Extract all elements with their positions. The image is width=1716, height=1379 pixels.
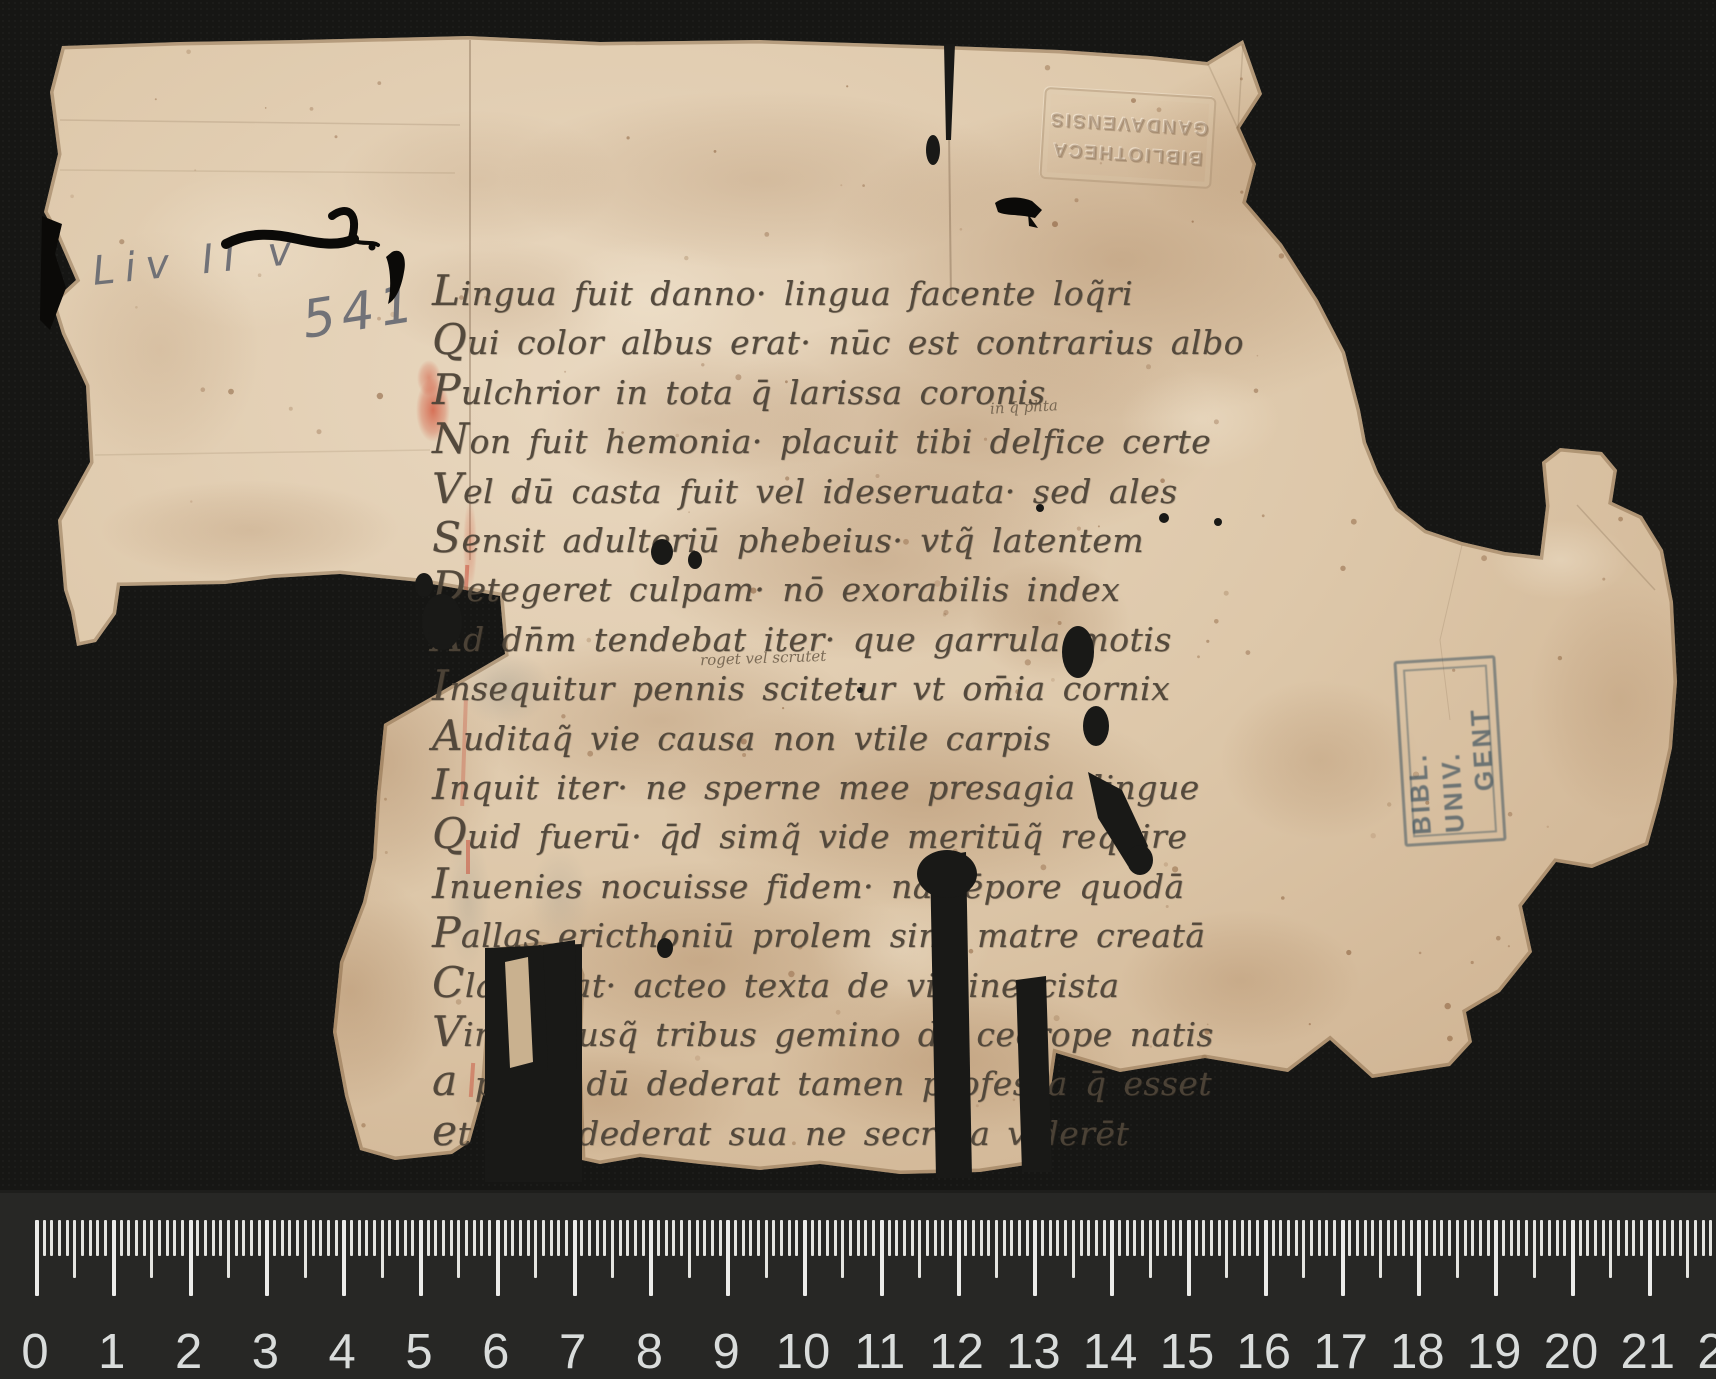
manuscript-line: Pallas ericthoniū prolem sine matre crea… [432,908,1205,957]
ruler-tick [388,1220,391,1256]
manuscript-line: et legē dederat sua ne secreta viderēt [432,1106,1129,1155]
ruler-tick [1679,1220,1682,1256]
ruler-tick [1594,1220,1597,1256]
ruler-tick [166,1220,169,1256]
ruler-tick [50,1220,53,1256]
ruler-tick [588,1220,591,1256]
ruler-tick [143,1220,146,1256]
manuscript-line: Non fuit hemonia· placuit tibi delfice c… [432,414,1211,463]
ruler-tick [304,1220,307,1278]
ruler-tick [281,1220,284,1256]
ruler-tick [1087,1220,1090,1256]
ruler-tick [1264,1220,1268,1296]
ruler-tick [419,1220,423,1296]
ruler-tick [1095,1220,1098,1256]
embossed-stamp: BIBLIOTHECA GANDAVENSIS [1039,87,1216,189]
ruler-tick [811,1220,814,1256]
ruler-tick [381,1220,384,1278]
ruler-tick [196,1220,199,1256]
manuscript-line: Clauserat· acteo texta de vimine cista [432,958,1119,1007]
ruler-tick [1241,1220,1244,1256]
ruler-tick [719,1220,722,1256]
ruler-tick [1110,1220,1114,1296]
ruler-tick [680,1220,683,1256]
ruler-tick [1172,1220,1175,1256]
ruler-tick [1394,1220,1397,1256]
ruler-tick [742,1220,745,1256]
ruler-tick [1210,1220,1213,1256]
ruler-tick [634,1220,637,1256]
ruler-tick [911,1220,914,1256]
ruler-tick [89,1220,92,1256]
ruler-tick [1187,1220,1191,1296]
ruler-tick [550,1220,553,1256]
ruler-tick [1479,1220,1482,1256]
manuscript-line: Qui color albus erat· nūc est contrarius… [432,315,1244,364]
ruler-tick [1126,1220,1129,1256]
ruler-tick [1602,1220,1605,1256]
ruler-tick [158,1220,161,1256]
interlinear-gloss: in q̄ phta [990,396,1059,418]
ruler-tick [43,1220,46,1256]
ruler-tick [1149,1220,1152,1278]
ruler-tick [1156,1220,1159,1256]
ruler-tick [1510,1220,1513,1256]
ruler-tick [212,1220,215,1256]
ruler-tick [596,1220,599,1256]
ruler-tick [1548,1220,1551,1256]
manuscript-line: Lingua fuit danno· lingua facente loq̃ri [432,266,1133,315]
manuscript-line: a pādia dū dederat tamen professa q̄ ess… [432,1056,1212,1105]
ruler-tick [941,1220,944,1256]
ruler-tick [1471,1220,1474,1256]
ruler-tick [1248,1220,1251,1256]
ruler-tick [457,1220,460,1278]
ruler-tick [1586,1220,1589,1256]
ruler-tick [672,1220,675,1256]
ruler-tick [35,1220,39,1296]
ruler-tick [1640,1220,1643,1256]
ruler-tick [534,1220,537,1278]
ruler-tick [1464,1220,1467,1256]
library-stamp-line1: BIBL. UNIV. [1396,668,1471,836]
ruler-tick [1702,1220,1705,1256]
ruler-tick [365,1220,368,1256]
ruler-tick [734,1220,737,1256]
ruler-tick [480,1220,483,1256]
ruler-tick [450,1220,453,1256]
ruler-tick [1556,1220,1559,1256]
ruler-tick [342,1220,346,1296]
ruler-tick [411,1220,414,1256]
ruler-tick [711,1220,714,1256]
ruler-tick [765,1220,768,1278]
ruler-tick [1333,1220,1336,1256]
ruler-tick [1625,1220,1628,1256]
ruler-tick [1026,1220,1029,1256]
ruler-tick [319,1220,322,1256]
ruler-tick [703,1220,706,1256]
ruler-tick [1410,1220,1413,1256]
ruler-tick [189,1220,193,1296]
ruler-tick [1287,1220,1290,1256]
ruler-tick [895,1220,898,1256]
ruler-tick [1064,1220,1067,1256]
ruler-tick [619,1220,622,1256]
ruler-tick [649,1220,653,1296]
ruler-tick [972,1220,975,1256]
ruler-tick [1433,1220,1436,1256]
ruler-tick [826,1220,829,1256]
ruler-tick [219,1220,222,1256]
ruler-tick [611,1220,614,1278]
library-stamp-border: BIBL. UNIV. GENT [1403,665,1497,838]
ruler-tick [527,1220,530,1256]
ruler-tick [1348,1220,1351,1256]
ruler-tick [957,1220,961,1296]
ruler-tick [780,1220,783,1256]
manuscript-line: Detegeret culpam· nō exorabilis index [432,562,1120,611]
ruler-tick [1318,1220,1321,1256]
ruler-tick [327,1220,330,1256]
ruler-tick [473,1220,476,1256]
ruler-tick [112,1220,116,1296]
ruler-tick [580,1220,583,1256]
manuscript-line: Insequitur pennis scitetur vt om̄ia corn… [432,661,1170,710]
ruler-tick [696,1220,699,1256]
ruler-label: 22 [1655,1324,1716,1379]
ruler-tick [1533,1220,1536,1278]
ruler-tick [373,1220,376,1256]
ruler-tick [358,1220,361,1256]
ruler-tick [795,1220,798,1256]
ruler-tick [964,1220,967,1256]
ruler-tick [1379,1220,1382,1278]
manuscript-line: Vel dū casta fuit vel ideseruata· sed al… [432,464,1178,513]
ruler-tick [1609,1220,1612,1278]
ruler-tick [1072,1220,1075,1278]
ruler-tick [1233,1220,1236,1256]
ruler-tick [542,1220,545,1256]
ruler-tick [626,1220,629,1256]
ruler-tick [1033,1220,1037,1296]
ruler-tick [1018,1220,1021,1256]
ruler-tick [573,1220,577,1296]
ruler-tick [934,1220,937,1256]
ruler-tick [1709,1220,1712,1256]
ruler-tick [1049,1220,1052,1256]
photo-stage: Lingua fuit danno· lingua facente loq̃ri… [0,0,1716,1379]
ruler-tick [1494,1220,1498,1296]
ruler-tick [66,1220,69,1256]
ruler-tick [488,1220,491,1256]
manuscript-line: Inuenies nocuisse fidem· nā tēpore quodā [432,859,1185,908]
library-stamp: BIBL. UNIV. GENT [1393,655,1506,847]
ruler-tick [204,1220,207,1256]
ruler-tick [1218,1220,1221,1256]
ruler-tick [120,1220,123,1256]
ruler-tick [834,1220,837,1256]
ruler-tick [273,1220,276,1256]
ruler-tick [104,1220,107,1256]
ruler-tick [434,1220,437,1256]
ruler-tick [1302,1220,1305,1278]
ruler-tick [235,1220,238,1256]
ruler-tick [1440,1220,1443,1256]
ruler-tick [857,1220,860,1256]
ruler-tick [949,1220,952,1256]
ruler-tick [173,1220,176,1256]
ruler-tick [603,1220,606,1256]
ruler-tick [864,1220,867,1256]
ruler-tick [918,1220,921,1278]
ruler-tick [1632,1220,1635,1256]
ruler-tick [903,1220,906,1256]
ruler-tick [1617,1220,1620,1256]
ruler-tick [1056,1220,1059,1256]
ruler-tick [181,1220,184,1256]
ruler-tick [96,1220,99,1256]
ruler-tick [250,1220,253,1256]
library-stamp-line2: GENT [1464,706,1502,792]
ruler-tick [1295,1220,1298,1256]
ruler-tick [980,1220,983,1256]
ruler-tick [1080,1220,1083,1256]
ruler-tick [1417,1220,1421,1296]
ruler-tick [1179,1220,1182,1256]
ruler-tick [1694,1220,1697,1256]
ruler-tick [1487,1220,1490,1256]
ruler-tick [1225,1220,1228,1278]
ruler-tick [1671,1220,1674,1256]
ruler-tick [335,1220,338,1256]
ruler-tick [312,1220,315,1256]
ruler-tick [135,1220,138,1256]
ruler-tick [127,1220,130,1256]
ruler-tick [803,1220,807,1296]
manuscript-line: Virginibusq̃ tribus gemino de cecrope na… [432,1007,1214,1056]
ruler-tick [1341,1220,1345,1296]
manuscript-line: Pulchrior in tota q̄ larissa coronis [432,365,1046,414]
ruler-tick [841,1220,844,1278]
ruler-tick [1371,1220,1374,1256]
ruler-tick [1502,1220,1505,1256]
ruler-tick [880,1220,884,1296]
ruler-tick [1325,1220,1328,1256]
ruler-tick [872,1220,875,1256]
ruler-tick [1356,1220,1359,1256]
ruler-tick [1579,1220,1582,1256]
ruler-tick [227,1220,230,1278]
ruler-tick [150,1220,153,1278]
ruler-scale: 012345678910111213141516171819202122 [0,1190,1716,1379]
ruler-tick [1387,1220,1390,1256]
ruler-tick [1525,1220,1528,1256]
ruler-tick [258,1220,261,1256]
ruler-tick [288,1220,291,1256]
ruler-tick [1164,1220,1167,1256]
ruler-tick [1141,1220,1144,1256]
manuscript-line: Sensit adulteriū phebeius· vtq̃ latentem [432,513,1144,562]
ruler-tick [1103,1220,1106,1256]
ruler-tick [849,1220,852,1256]
ruler-tick [296,1220,299,1256]
ruler-tick [926,1220,929,1256]
ruler-tick [1041,1220,1044,1256]
ruler-tick [1425,1220,1428,1256]
ruler-tick [642,1220,645,1256]
ruler-tick [442,1220,445,1256]
manuscript-line: Quid fuerū· q̄d simq̃ vide meritūq̃ requ… [432,809,1187,858]
ruler-tick [1448,1220,1451,1256]
ruler-tick [1456,1220,1459,1278]
ruler-tick [350,1220,353,1256]
ruler-tick [995,1220,998,1278]
ruler-tick [81,1220,84,1256]
manuscript-line: Auditaq̃ vie causa non vtile carpis [432,711,1051,760]
ruler-tick [1010,1220,1013,1256]
ruler-tick [557,1220,560,1256]
ruler-tick [73,1220,76,1278]
shelfmark-number: 541 [298,273,423,351]
ruler-tick [688,1220,691,1278]
ruler-tick [726,1220,730,1296]
ruler-tick [404,1220,407,1256]
ruler-tick [1364,1220,1367,1256]
ruler-tick [987,1220,990,1256]
ruler-tick [1256,1220,1259,1256]
ruler-tick [888,1220,891,1256]
ruler-tick [1402,1220,1405,1256]
ruler-tick [1310,1220,1313,1256]
ruler-tick [1279,1220,1282,1256]
ruler-tick [504,1220,507,1256]
ruler-tick [1517,1220,1520,1256]
ruler-tick [1195,1220,1198,1256]
shelfmark-text: Liv II v [90,227,303,295]
ruler-tick [1571,1220,1575,1296]
ruler-tick [396,1220,399,1256]
ruler-tick [788,1220,791,1256]
ruler-tick [1663,1220,1666,1256]
ruler-tick [1272,1220,1275,1256]
ruler-tick [1540,1220,1543,1256]
ruler-tick [1003,1220,1006,1256]
ruler-tick [657,1220,660,1256]
ruler-tick [1563,1220,1566,1256]
ruler-tick [58,1220,61,1256]
ruler-tick [1118,1220,1121,1256]
ruler-tick [1686,1220,1689,1278]
ruler-tick [565,1220,568,1256]
ruler-tick [1202,1220,1205,1256]
manuscript-line: Inquit iter· ne sperne mee presagia ling… [432,760,1200,809]
ruler-tick [665,1220,668,1256]
ruler-tick [749,1220,752,1256]
ruler-tick [818,1220,821,1256]
ruler-tick [519,1220,522,1256]
ruler-tick [427,1220,430,1256]
ruler-tick [1133,1220,1136,1256]
ruler-tick [772,1220,775,1256]
ruler-tick [496,1220,500,1296]
ruler-tick [1656,1220,1659,1256]
ruler-tick [511,1220,514,1256]
ruler-tick [265,1220,269,1296]
ruler-tick [242,1220,245,1256]
ruler-tick [465,1220,468,1256]
ruler-tick [1648,1220,1652,1296]
ruler-tick [757,1220,760,1256]
